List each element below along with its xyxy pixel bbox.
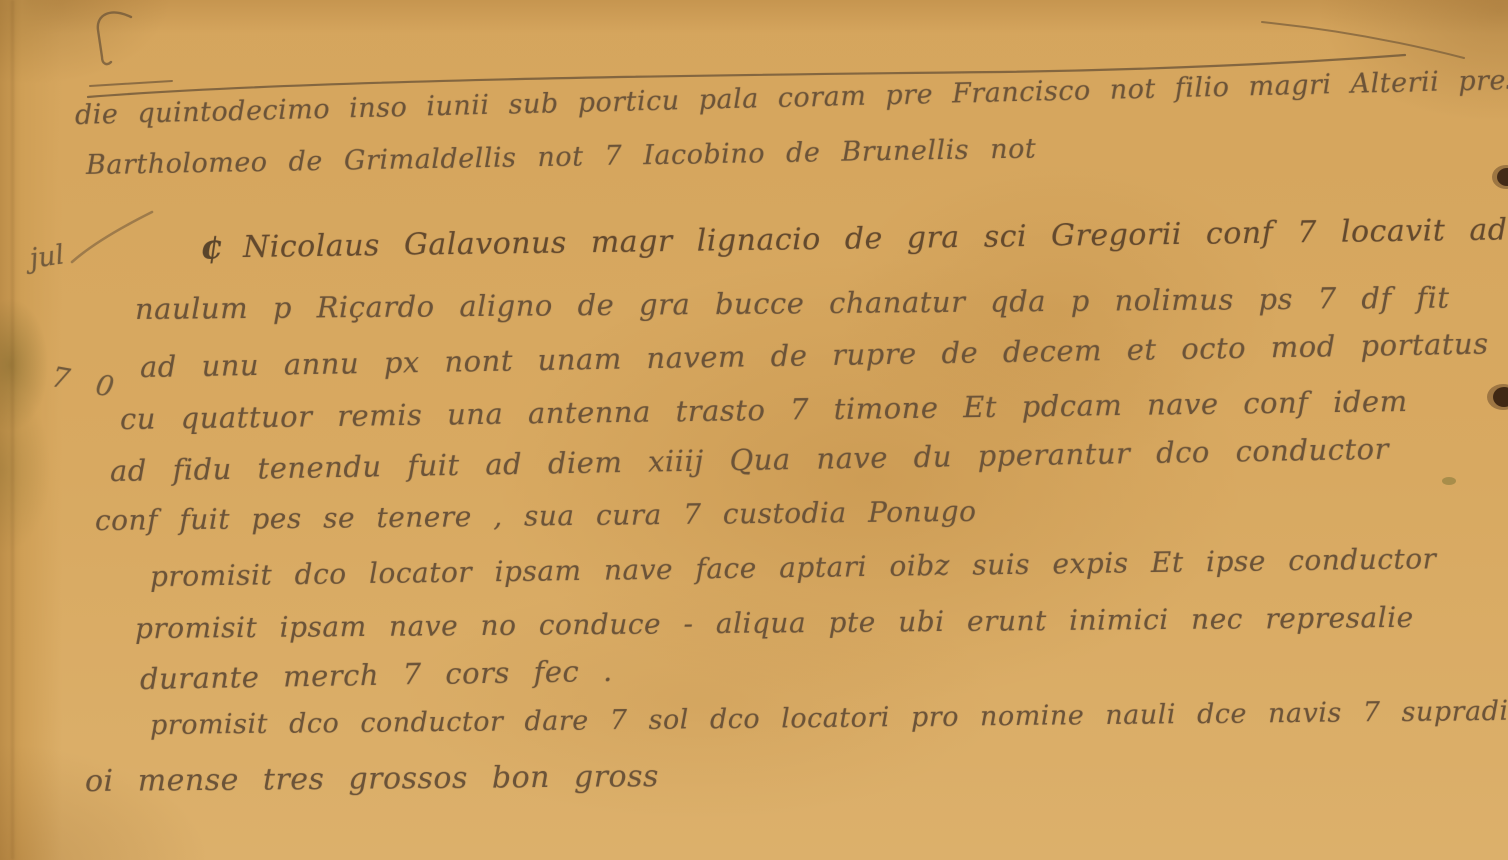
margin-stroke: [72, 212, 152, 262]
margin-note-jul: jul: [28, 239, 66, 274]
top-rule-double-stroke: [90, 81, 172, 86]
manuscript-page: jul 7 0 ¢ die quintodecimo inso iunii su…: [0, 0, 1508, 860]
olive-fleck: [1442, 477, 1456, 485]
capitulum-mark: ¢: [199, 227, 225, 268]
manuscript-line-13: oi mense tres grossos bon gross: [85, 759, 659, 799]
corner-hook-mark: [98, 13, 131, 64]
top-right-stroke: [1262, 22, 1464, 58]
